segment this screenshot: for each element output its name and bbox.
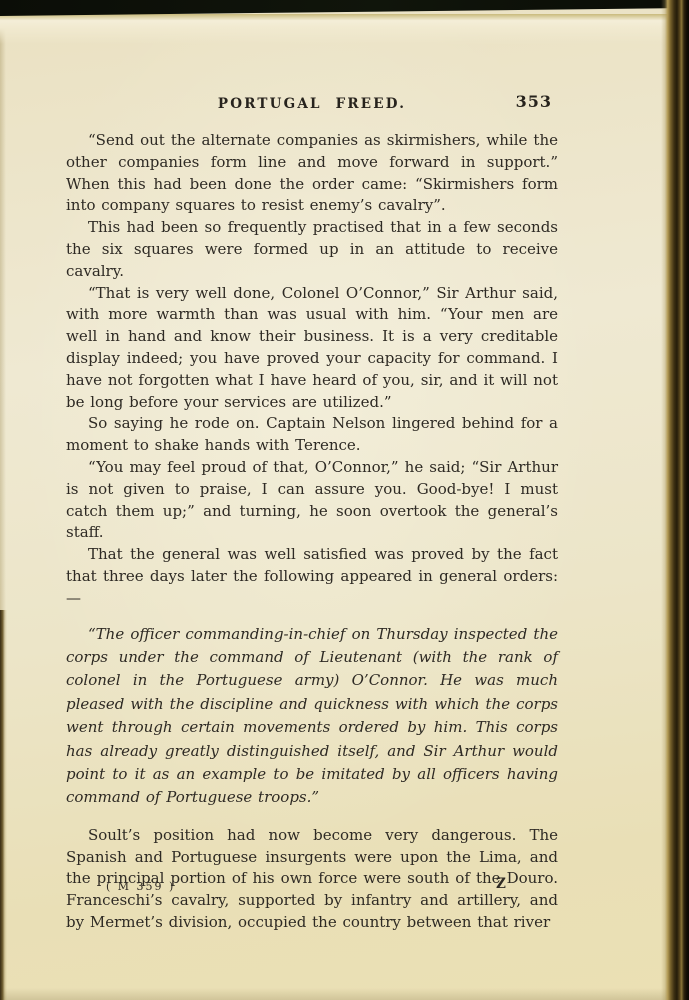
page-content: PORTUGAL FREED. 353 “Send out the altern…	[66, 93, 558, 934]
paragraph: “The officer commanding-in-chief on Thur…	[66, 623, 558, 810]
paragraph: So saying he rode on. Captain Nelson lin…	[66, 413, 558, 457]
page-footer: ( M 359 ) Z	[66, 876, 558, 896]
paragraph: “You may feel proud of that, O’Connor,” …	[66, 457, 558, 544]
page-top-edge	[0, 14, 689, 44]
running-title: PORTUGAL FREED.	[218, 96, 406, 112]
page-edge-left-faint	[0, 0, 6, 620]
page-number: 353	[516, 92, 552, 111]
paragraph: “Send out the alternate companies as ski…	[66, 130, 558, 217]
paragraph: This had been so frequently practised th…	[66, 217, 558, 282]
running-head: PORTUGAL FREED. 353	[66, 93, 558, 113]
page-edge-left	[0, 610, 7, 1000]
paragraph: That the general was well satisfied was …	[66, 544, 558, 609]
signature-mark: Z	[496, 876, 506, 892]
page-bottom-shadow	[0, 988, 689, 1000]
printer-mark: ( M 359 )	[106, 880, 175, 893]
page-edges-right	[661, 0, 689, 1000]
body-text: “Send out the alternate companies as ski…	[66, 130, 558, 934]
book-page-scan: PORTUGAL FREED. 353 “Send out the altern…	[0, 0, 689, 1000]
paragraph: “That is very well done, Colonel O’Conno…	[66, 283, 558, 414]
